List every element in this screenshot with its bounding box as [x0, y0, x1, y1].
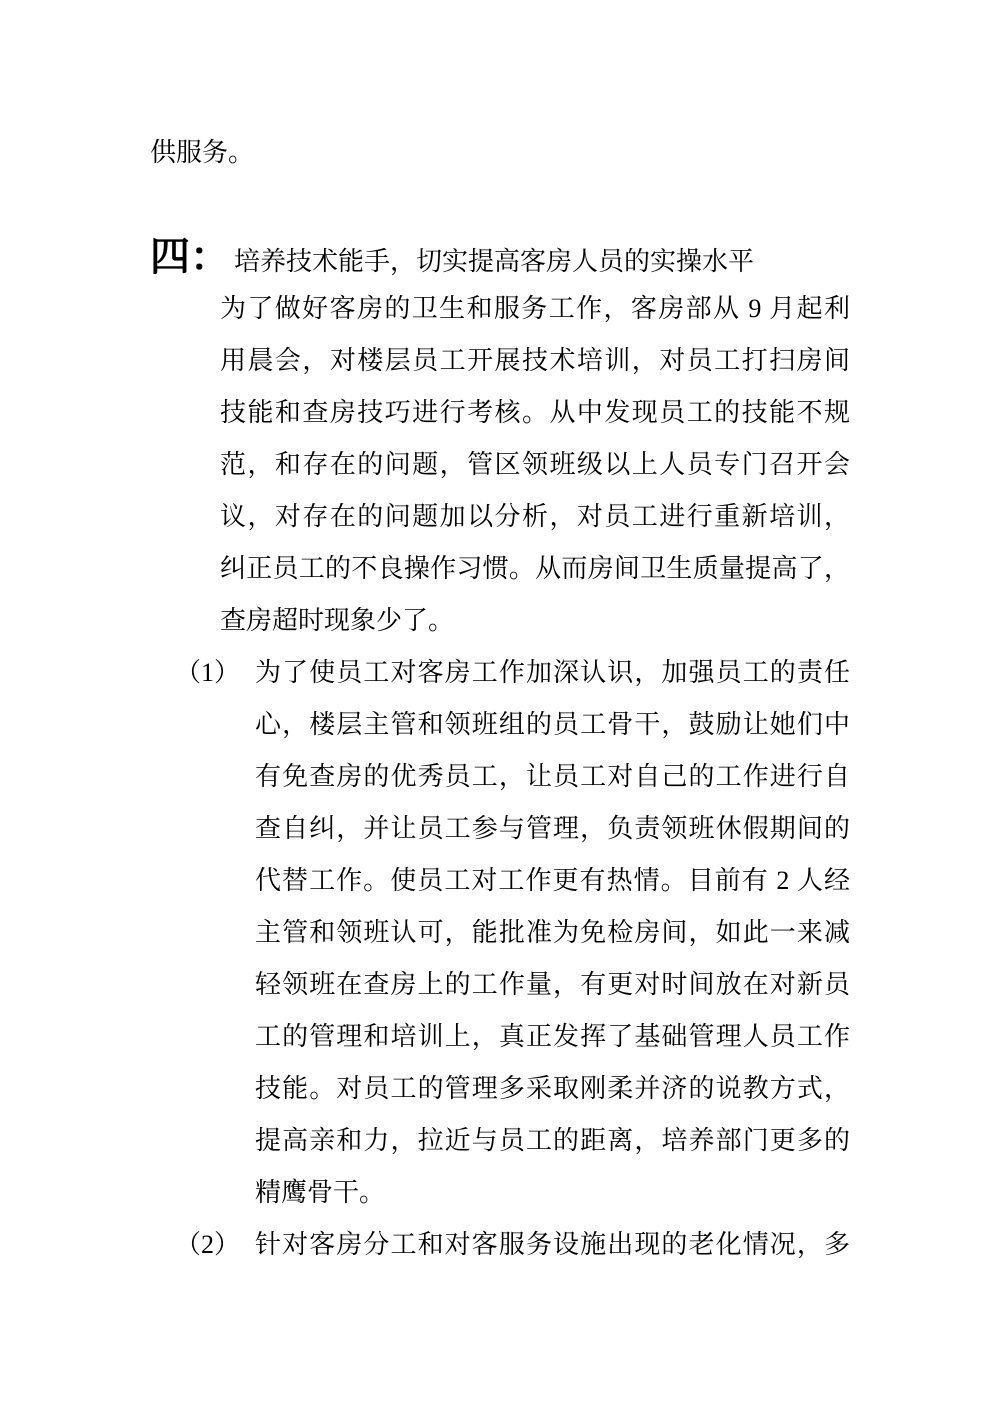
item-2-number: （2） — [175, 1219, 240, 1271]
blank-line — [150, 179, 855, 231]
paragraph-line: 为了做好客房的卫生和服务工作，客房部从 9 月起利 — [220, 283, 850, 335]
item-line: 技能。对员工的管理多采取刚柔并济的说教方式， — [255, 1063, 850, 1115]
paragraph-line: 技能和查房技巧进行考核。从中发现员工的技能不规 — [220, 387, 850, 439]
paragraph-line: 纠正员工的不良操作习惯。从而房间卫生质量提高了， — [220, 543, 850, 595]
item-1-text: 为了使员工对客房工作加深认识，加强员工的责任 心，楼层主管和领班组的员工骨干，鼓… — [255, 647, 850, 1219]
section-heading: 四： 培养技术能手，切实提高客房人员的实操水平 — [150, 231, 855, 283]
intro-fragment-line: 供服务。 — [150, 127, 855, 179]
paragraph-line: 议，对存在的问题加以分析，对员工进行重新培训， — [220, 491, 850, 543]
document-page: 供服务。 四： 培养技术能手，切实提高客房人员的实操水平 为了做好客房的卫生和服… — [0, 0, 1000, 1415]
item-line: 主管和领班认可，能批准为免检房间，如此一来减 — [255, 907, 850, 959]
item-line: 提高亲和力，拉近与员工的距离，培养部门更多的 — [255, 1115, 850, 1167]
list-item-1: （1） 为了使员工对客房工作加深认识，加强员工的责任 心，楼层主管和领班组的员工… — [150, 647, 855, 1219]
list-item-2: （2） 针对客房分工和对客服务设施出现的老化情况，多 — [150, 1219, 855, 1271]
paragraph-line: 范，和存在的问题，管区领班级以上人员专门召开会 — [220, 439, 850, 491]
section-title: 培养技术能手，切实提高客房人员的实操水平 — [234, 247, 754, 276]
item-line: 工的管理和培训上，真正发挥了基础管理人员工作 — [255, 1011, 850, 1063]
item-line: 为了使员工对客房工作加深认识，加强员工的责任 — [255, 647, 850, 699]
paragraph-line: 查房超时现象少了。 — [220, 595, 850, 647]
section-number: 四： — [150, 234, 230, 279]
text-block: 供服务。 四： 培养技术能手，切实提高客房人员的实操水平 为了做好客房的卫生和服… — [0, 0, 1000, 1271]
item-line: 有免查房的优秀员工，让员工对自己的工作进行自 — [255, 751, 850, 803]
item-line: 轻领班在查房上的工作量，有更对时间放在对新员 — [255, 959, 850, 1011]
body-paragraph: 为了做好客房的卫生和服务工作，客房部从 9 月起利 用晨会，对楼层员工开展技术培… — [220, 283, 850, 647]
item-line: 针对客房分工和对客服务设施出现的老化情况，多 — [255, 1219, 850, 1271]
paragraph-line: 用晨会，对楼层员工开展技术培训，对员工打扫房间 — [220, 335, 850, 387]
item-1-number: （1） — [175, 647, 240, 699]
item-line: 代替工作。使员工对工作更有热情。目前有 2 人经 — [255, 855, 850, 907]
item-2-text: 针对客房分工和对客服务设施出现的老化情况，多 — [255, 1219, 850, 1271]
item-line: 查自纠，并让员工参与管理，负责领班休假期间的 — [255, 803, 850, 855]
item-line: 心，楼层主管和领班组的员工骨干，鼓励让她们中 — [255, 699, 850, 751]
item-line: 精鹰骨干。 — [255, 1167, 850, 1219]
